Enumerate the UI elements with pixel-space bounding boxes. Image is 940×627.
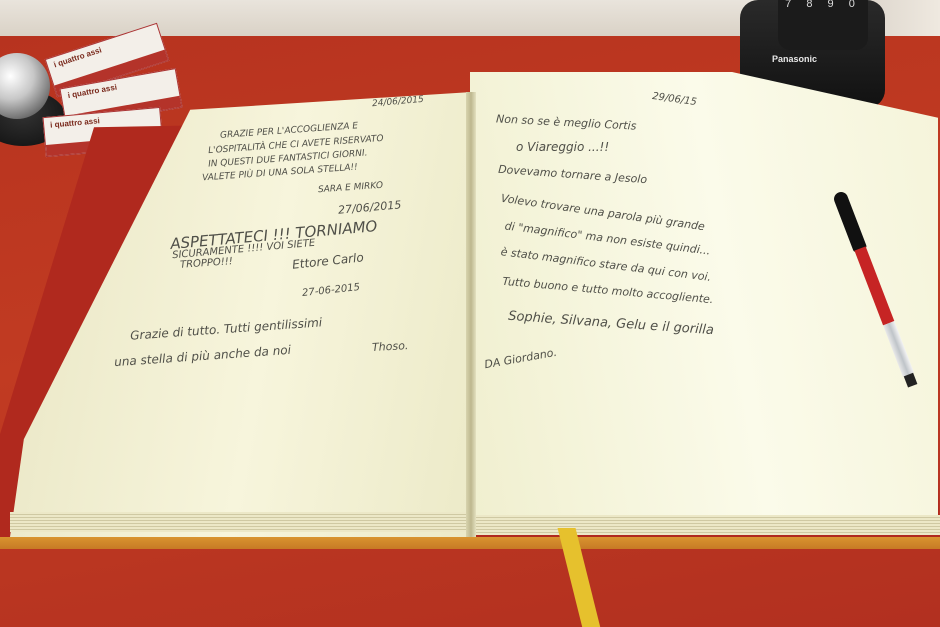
left-page-stack [10,512,472,532]
right-page-stack [470,515,940,535]
book-cover-edge [0,537,940,549]
phone-brand-label: Panasonic [772,54,817,64]
book-gutter [466,92,476,537]
business-card-title: i quattro assi [50,116,100,129]
photo-scene: i quattro assi i quattro assi i quattro … [0,0,940,627]
entry-signature: Thoso. [372,339,409,354]
phone-handset: 7 8 9 0 [778,0,868,50]
business-card-title: i quattro assi [67,83,118,101]
pen-tip [904,373,918,388]
entry-line: o Viareggio ...!! [516,140,609,154]
